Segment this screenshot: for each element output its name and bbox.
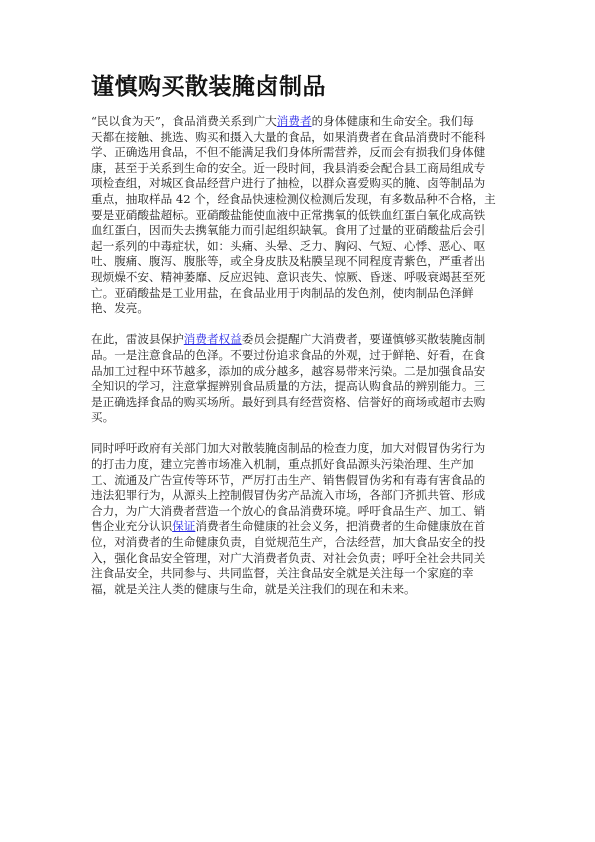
document-title: 谨慎购买散装腌卤制品 [91,72,511,102]
text-segment: 消费者生命健康的社会义务，把消费者的生命健康放在首 [195,519,485,533]
text-line: 亡。亚硝酸盐是工业用盐，在食品业用于肉制品的发色剂，使肉制品色泽鲜 [91,286,511,302]
text-line: 学、正确选用食品，不但不能满足我们身体所需营养，反而会有损我们身体健 [91,145,511,161]
link-consumer[interactable]: 消费者 [277,114,312,128]
document-page: 谨慎购买散装腌卤制品 “民以食为天”，食品消费关系到广大消费者的身体健康和生命安… [91,72,511,613]
text-line: 起一系列的中毒症状，如：头痛、头晕、乏力、胸闷、气短、心悸、恶心、呕 [91,239,511,255]
text-line: 同时呼吁政府有关部门加大对散装腌卤制品的检查力度，加大对假冒伪劣行为 [91,441,511,457]
text-segment: 委员会提醒广大消费者，要谨慎够买散装腌卤制 [242,332,485,346]
link-consumer-rights[interactable]: 消费者权益 [184,332,242,346]
text-segment: “民以食为天”，食品消费关系到广大 [91,114,277,128]
text-line: 品加工过程中环节越多，添加的成分越多，越容易带来污染。二是加强食品安 [91,364,511,380]
text-line: 项检查组，对城区食品经营户进行了抽检，以群众喜爱购买的腌、卤等制品为 [91,176,511,192]
text-segment: 在此，雷波县保护 [91,332,184,346]
text-line: 合力，为广大消费者营造一个放心的食品消费环境。呼吁食品生产、加工、销 [91,504,511,520]
text-line: 在此，雷波县保护消费者权益委员会提醒广大消费者，要谨慎够买散装腌卤制 [91,332,511,348]
paragraph-3: 同时呼吁政府有关部门加大对散装腌卤制品的检查力度，加大对假冒伪劣行为 的打击力度… [91,441,511,597]
text-line: 天都在接触、挑选、购买和摄入大量的食品，如果消费者在食品消费时不能科 [91,130,511,146]
text-line: 全知识的学习，注意掌握辨别食品质量的方法，提高认购食品的辨别能力。三 [91,379,511,395]
text-line: 注食品安全，共同参与、共同监督，关注食品安全就是关注每一个家庭的幸 [91,566,511,582]
text-line: 工、流通及广告宣传等环节，严厉打击生产、销售假冒伪劣和有毒有害食品的 [91,473,511,489]
text-line: 康，甚至于关系到生命的安全。近一段时间，我县消委会配合县工商局组成专 [91,161,511,177]
text-line: 吐、腹痛、腹泻、腹胀等，或全身皮肤及粘膜呈现不同程度青紫色，严重者出 [91,254,511,270]
text-line: 是正确选择食品的购买场所。最好到具有经营资格、信誉好的商场或超市去购 [91,395,511,411]
paragraph-2: 在此，雷波县保护消费者权益委员会提醒广大消费者，要谨慎够买散装腌卤制 品。一是注… [91,332,511,426]
text-line: 买。 [91,410,511,426]
text-line: 的打击力度，建立完善市场准入机制，重点抓好食品源头污染治理、生产加 [91,457,511,473]
text-line: 售企业充分认识保证消费者生命健康的社会义务，把消费者的生命健康放在首 [91,519,511,535]
link-guarantee[interactable]: 保证 [172,519,195,533]
text-line: 要是亚硝酸盐超标。亚硝酸盐能使血液中正常携氧的低铁血红蛋白氧化成高铁 [91,208,511,224]
text-line: 现烦燥不安、精神萎靡、反应迟钝、意识丧失、惊厥、昏迷、呼吸衰竭甚至死 [91,270,511,286]
text-line: 福，就是关注人类的健康与生命，就是关注我们的现在和未来。 [91,582,511,598]
text-line: “民以食为天”，食品消费关系到广大消费者的身体健康和生命安全。我们每 [91,114,511,130]
text-line: 艳、发亮。 [91,301,511,317]
text-line: 位，对消费者的生命健康负责，自觉规范生产，合法经营，加大食品安全的投 [91,535,511,551]
text-line: 品。一是注意食品的色泽。不要过份追求食品的外观，过于鲜艳、好看，在食 [91,348,511,364]
text-line: 入，强化食品安全管理，对广大消费者负责、对社会负责；呼吁全社会共同关 [91,551,511,567]
text-segment: 售企业充分认识 [91,519,172,533]
text-segment: 的身体健康和生命安全。我们每 [312,114,474,128]
text-line: 血红蛋白，因而失去携氧能力而引起组织缺氧。食用了过量的亚硝酸盐后会引 [91,223,511,239]
text-line: 重点，抽取样品 42 个，经食品快速检测仪检测后发现，有多数品种不合格，主 [91,192,511,208]
text-line: 违法犯罪行为，从源头上控制假冒伪劣产品流入市场，各部门齐抓共管、形成 [91,488,511,504]
paragraph-1: “民以食为天”，食品消费关系到广大消费者的身体健康和生命安全。我们每 天都在接触… [91,114,511,317]
